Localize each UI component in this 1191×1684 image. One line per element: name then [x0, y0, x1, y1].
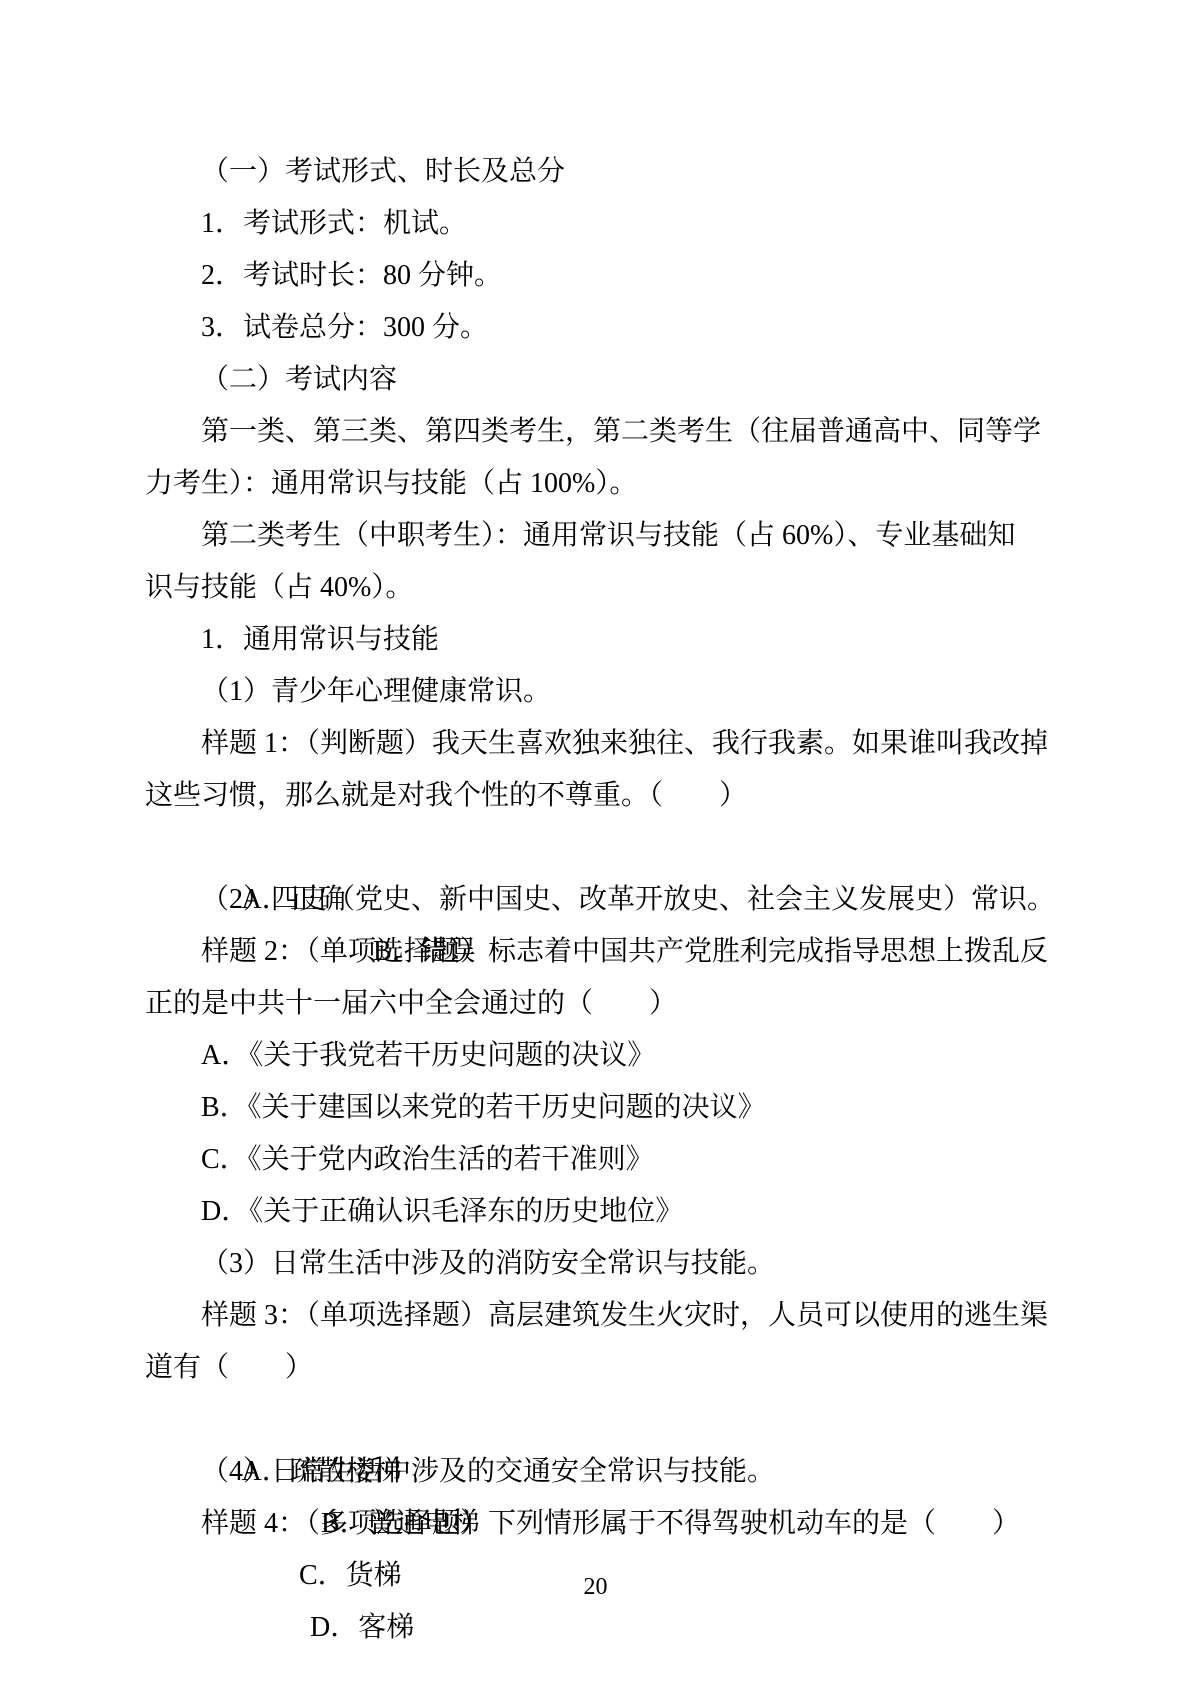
option-d: D．客梯: [310, 1612, 414, 1643]
section-heading-exam-content: （二）考试内容: [145, 354, 1048, 406]
section-heading-exam-format: （一）考试形式、时长及总分: [145, 146, 1048, 198]
sample-question-3-line: 样题 3：（单项选择题）高层建筑发生火灾时，人员可以使用的逃生渠: [145, 1290, 1048, 1342]
sub-item-fire-safety: （3）日常生活中涉及的消防安全常识与技能。: [145, 1238, 1048, 1290]
sample-question-3-line: 道有（ ）: [145, 1342, 1048, 1394]
answer-options-row: A．疏散楼梯 B．普通电梯 C．货梯 D．客梯: [145, 1394, 1048, 1446]
sub-item-psych-health: （1）青少年心理健康常识。: [145, 666, 1048, 718]
sample-question-1-line: 样题 1：（判断题）我天生喜欢独来独往、我行我素。如果谁叫我改掉: [145, 718, 1048, 770]
answer-option-a-line: A．《关于我党若干历史问题的决议》: [145, 1030, 1048, 1082]
numbered-item-total-score: 3．试卷总分：300 分。: [145, 302, 1048, 354]
paragraph-line: 力考生）：通用常识与技能（占 100%）。: [145, 458, 1048, 510]
paragraph-line: 识与技能（占 40%）。: [145, 562, 1048, 614]
document-page: （一）考试形式、时长及总分 1．考试形式：机试。 2．考试时长：80 分钟。 3…: [0, 0, 1191, 1684]
numbered-item-exam-form: 1．考试形式：机试。: [145, 198, 1048, 250]
answer-options-row: A．正确 B．错误: [145, 822, 1048, 874]
answer-option-d-line: D．《关于正确认识毛泽东的历史地位》: [145, 1186, 1048, 1238]
paragraph-line: 第二类考生（中职考生）：通用常识与技能（占 60%）、专业基础知: [145, 510, 1048, 562]
answer-option-c-line: C．《关于党内政治生活的若干准则》: [145, 1134, 1048, 1186]
page-number: 20: [0, 1574, 1191, 1600]
sample-question-2-line: 样题 2：（单项选择题）标志着中国共产党胜利完成指导思想上拨乱反: [145, 926, 1048, 978]
paragraph-line: 第一类、第三类、第四类考生，第二类考生（往届普通高中、同等学: [145, 406, 1048, 458]
sample-question-2-line: 正的是中共十一届六中全会通过的（ ）: [145, 978, 1048, 1030]
answer-option-b-line: B．《关于建国以来党的若干历史问题的决议》: [145, 1082, 1048, 1134]
sample-question-1-line: 这些习惯，那么就是对我个性的不尊重。（ ）: [145, 770, 1048, 822]
document-body: （一）考试形式、时长及总分 1．考试形式：机试。 2．考试时长：80 分钟。 3…: [145, 146, 1048, 1550]
sub-item-traffic-safety: （4）日常生活中涉及的交通安全常识与技能。: [145, 1446, 1048, 1498]
sample-question-4-line: 样题 4：（多项选择题）下列情形属于不得驾驶机动车的是（ ）: [145, 1498, 1048, 1550]
numbered-item-exam-duration: 2．考试时长：80 分钟。: [145, 250, 1048, 302]
numbered-item-general-knowledge: 1．通用常识与技能: [145, 614, 1048, 666]
sub-item-four-histories: （2）四史（党史、新中国史、改革开放史、社会主义发展史）常识。: [145, 874, 1048, 926]
